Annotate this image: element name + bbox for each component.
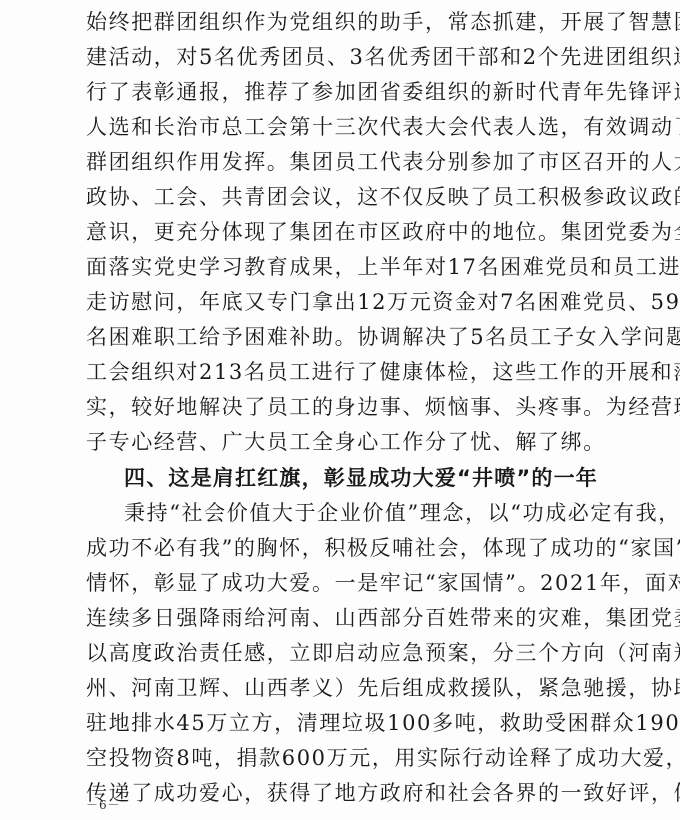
document-page: 始终把群团组织作为党组织的助手，常态抓建，开展了智慧团 建活动，对5名优秀团员、… xyxy=(0,0,680,820)
text-line: 面落实党史学习教育成果，上半年对17名困难党员和员工进行 xyxy=(86,254,606,280)
text-line: 秉持“社会价值大于企业价值”理念，以“功成必定有我， xyxy=(124,500,606,526)
text-line: 人选和长治市总工会第十三次代表大会代表人选，有效调动了 xyxy=(86,114,606,140)
text-line: 政协、工会、共青团会议，这不仅反映了员工积极参政议政的 xyxy=(86,184,606,210)
text-line: 实，较好地解决了员工的身边事、烦恼事、头疼事。为经营班 xyxy=(86,394,606,420)
text-line: 走访慰问，年底又专门拿出12万元资金对7名困难党员、59 xyxy=(86,289,606,315)
text-line: 名困难职工给予困难补助。协调解决了5名员工子女入学问题。 xyxy=(86,324,606,350)
page-number: －6－ xyxy=(86,796,121,813)
text-line: 传递了成功爱心，获得了地方政府和社会各界的一致好评，体 xyxy=(86,780,606,806)
text-line: 情怀，彰显了成功大爱。一是牢记“家国情”。2021年，面对 xyxy=(86,570,606,596)
text-line: 行了表彰通报，推荐了参加团省委组织的新时代青年先锋评选 xyxy=(86,79,606,105)
text-line: 州、河南卫辉、山西孝义）先后组成救援队，紧急驰援，协助 xyxy=(86,675,606,701)
section-heading: 四、这是肩扛红旗，彰显成功大爱“井喷”的一年 xyxy=(124,465,598,491)
text-line: 子专心经营、广大员工全身心工作分了忧、解了绑。 xyxy=(86,429,606,455)
text-line: 成功不必有我”的胸怀，积极反哺社会，体现了成功的“家国” xyxy=(86,535,606,561)
text-line: 空投物资8吨，捐款600万元，用实际行动诠释了成功大爱， xyxy=(86,745,606,771)
text-line: 始终把群团组织作为党组织的助手，常态抓建，开展了智慧团 xyxy=(86,9,606,35)
text-line: 连续多日强降雨给河南、山西部分百姓带来的灾难，集团党委 xyxy=(86,605,606,631)
text-line: 以高度政治责任感，立即启动应急预案，分三个方向（河南郑 xyxy=(86,640,606,666)
text-line: 驻地排水45万立方，清理垃圾100多吨，救助受困群众190人， xyxy=(86,710,606,736)
text-line: 工会组织对213名员工进行了健康体检，这些工作的开展和落 xyxy=(86,359,606,385)
text-line: 建活动，对5名优秀团员、3名优秀团干部和2个先进团组织进 xyxy=(86,44,606,70)
text-line: 群团组织作用发挥。集团员工代表分别参加了市区召开的人大、 xyxy=(86,149,606,175)
text-line: 意识，更充分体现了集团在市区政府中的地位。集团党委为全 xyxy=(86,219,606,245)
